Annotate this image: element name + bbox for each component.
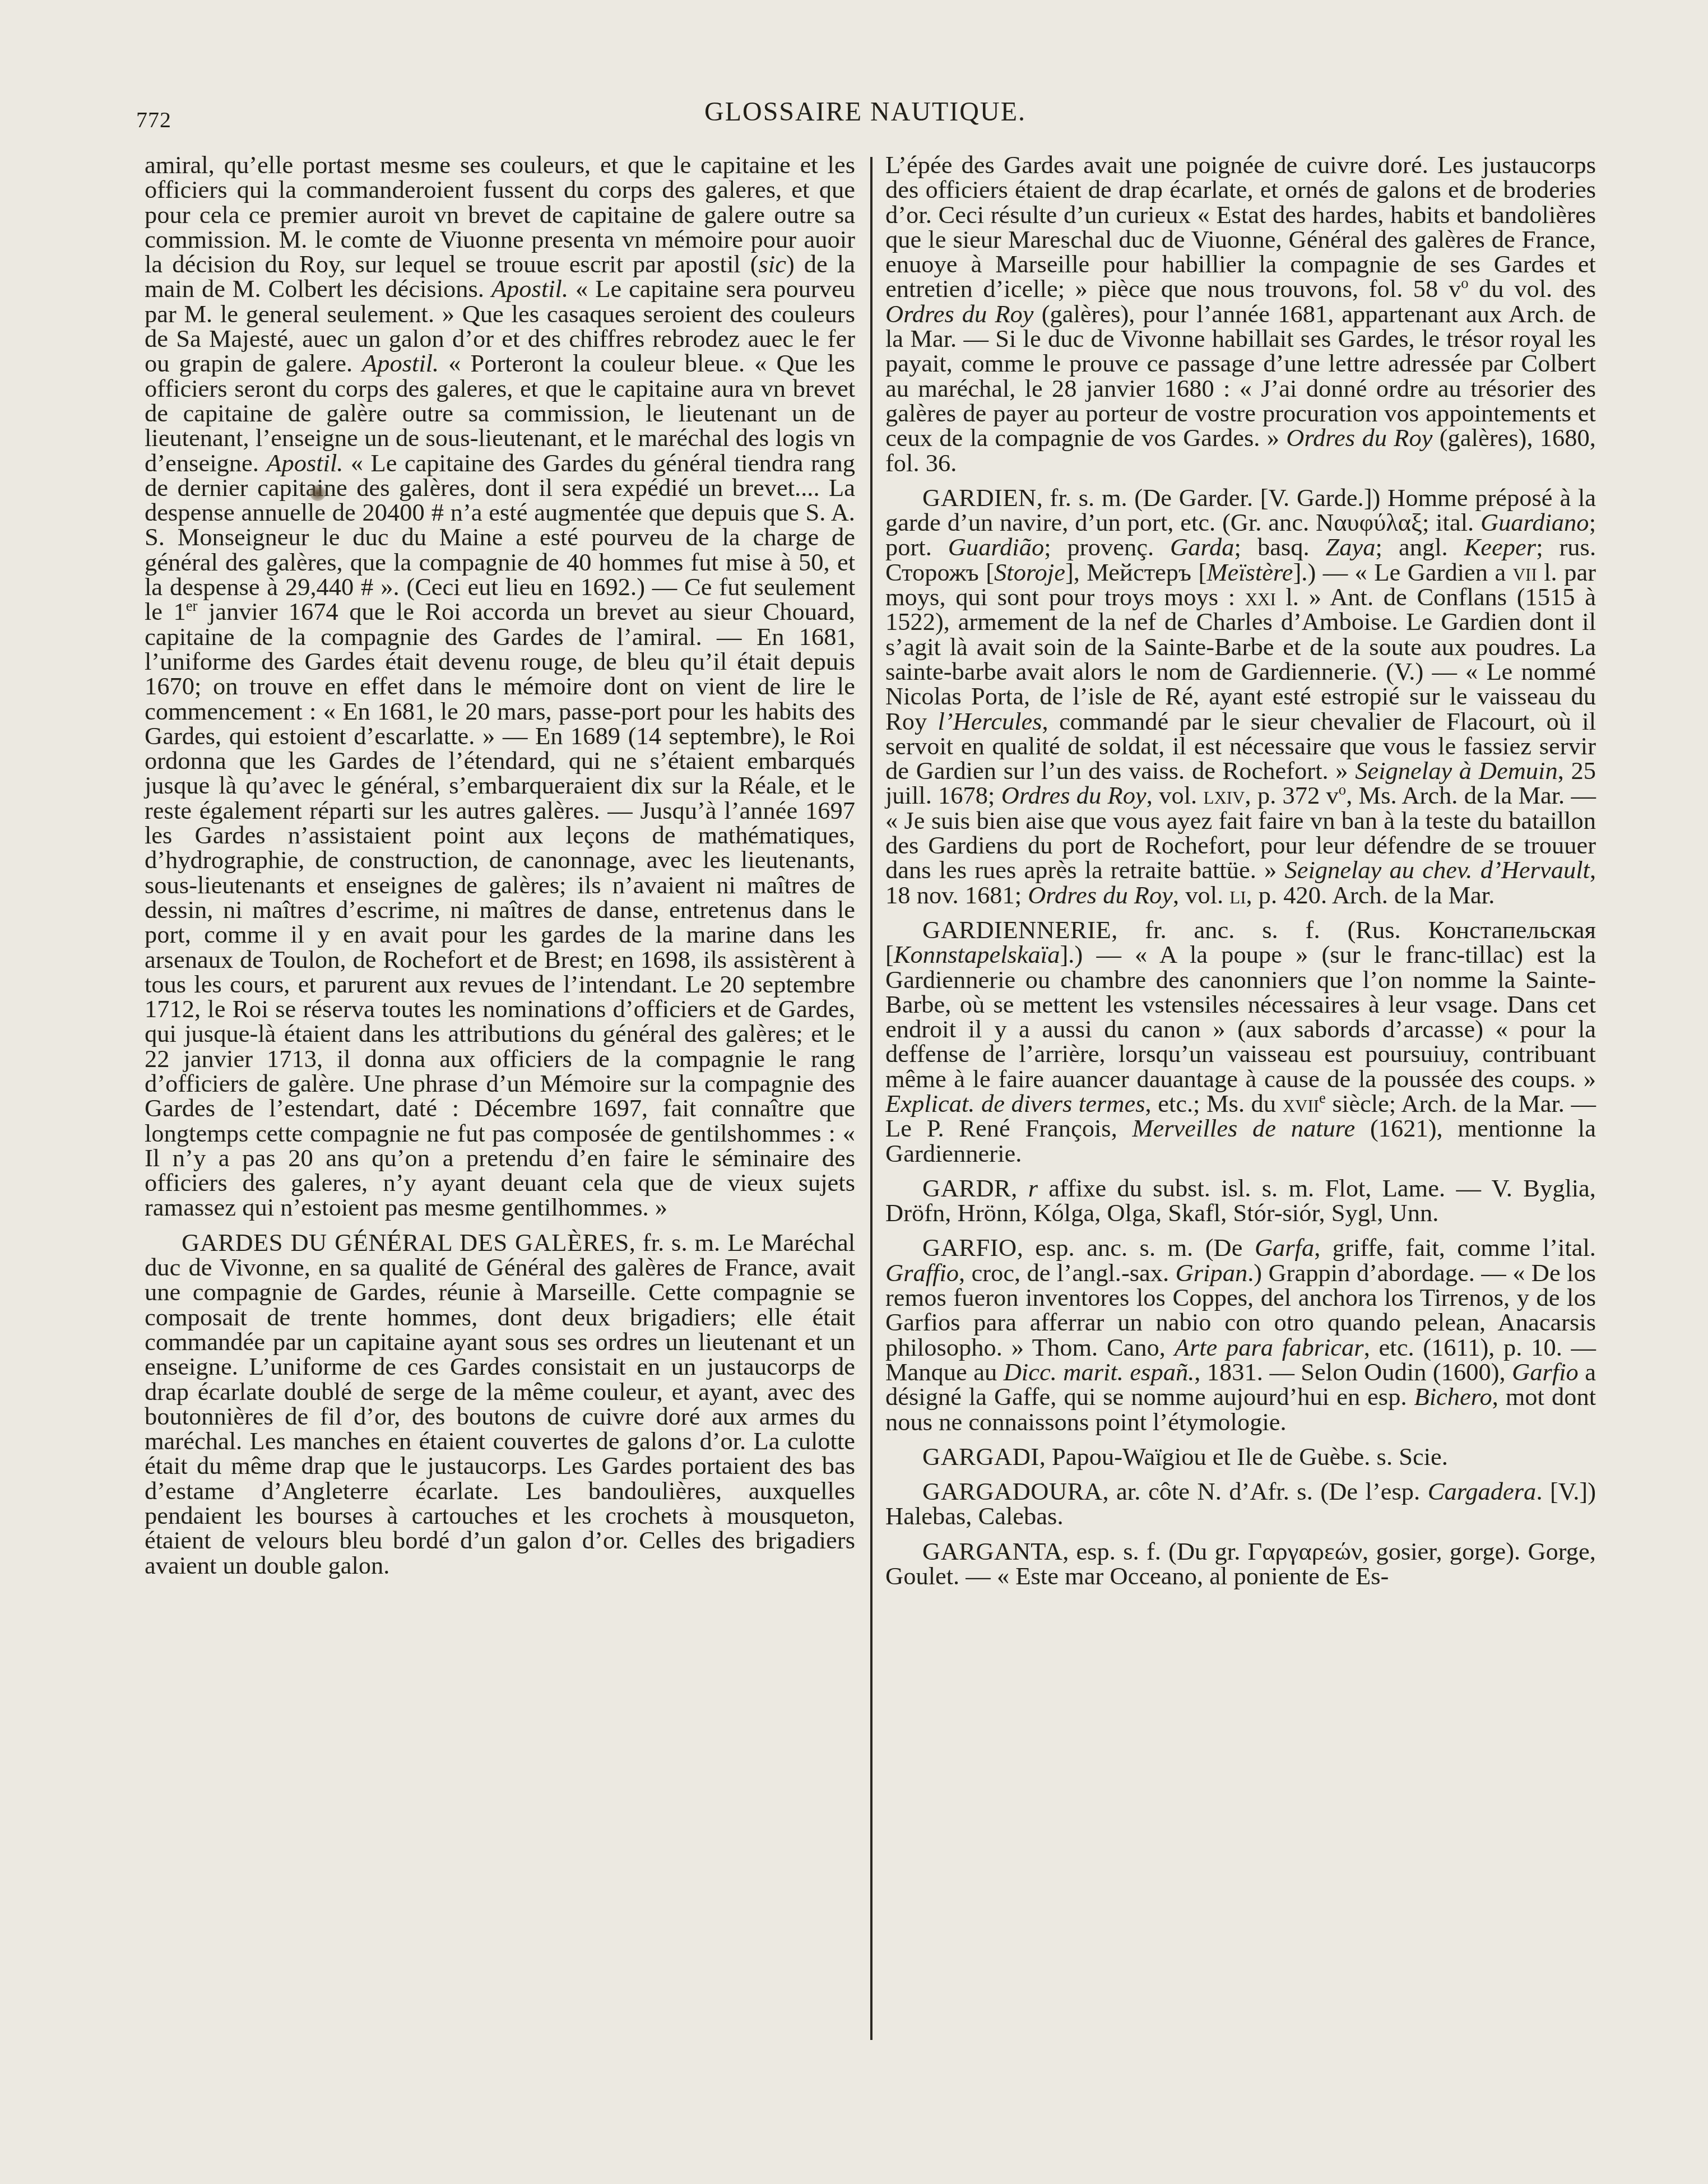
body-text: , p. 372 v [1245, 781, 1339, 809]
italic-citation: Explicat. de divers termes [885, 1089, 1145, 1117]
body-text: vii [1513, 558, 1537, 586]
body-text: , fr. s. m. Le Maréchal duc de Vivonne, … [145, 1228, 855, 1579]
italic-citation: Dicc. marit. españ. [1004, 1358, 1195, 1386]
italic-citation: Storoje [994, 558, 1065, 586]
italic-citation: Guardião [948, 533, 1044, 561]
entry-headword: GARFIO [922, 1234, 1017, 1262]
entry-headword: GARGADI [922, 1443, 1039, 1471]
body-text: , vol. [1147, 781, 1204, 809]
continued-text: amiral, qu’elle portast mesme ses couleu… [145, 152, 855, 1220]
body-text: xvii [1283, 1089, 1319, 1117]
italic-citation: r [1028, 1174, 1038, 1202]
body-text: ; provenç. [1044, 533, 1170, 561]
continued-text: L’épée des Gardes avait une poignée de c… [885, 152, 1596, 475]
body-text: , croc, de l’angl.-sax. [959, 1259, 1176, 1287]
glossary-entry: GARDIENNERIE, fr. anc. s. f. (Rus. Конст… [885, 917, 1596, 1166]
italic-citation: Ordres du Roy [1001, 781, 1147, 809]
superscript: o [1339, 782, 1346, 799]
italic-citation: Cargadera [1428, 1477, 1537, 1505]
glossary-entry: GARDIEN, fr. s. m. (De Garder. [V. Garde… [885, 485, 1596, 907]
italic-citation: Garfa [1255, 1234, 1314, 1262]
body-text: , [1011, 1174, 1028, 1202]
entry-headword: GARDES DU GÉNÉRAL DES GALÈRES [182, 1228, 629, 1256]
italic-citation: Apostil. [362, 349, 439, 377]
superscript: er [186, 598, 198, 615]
italic-citation: Apostil. [491, 275, 568, 303]
column-divider [870, 157, 872, 2040]
italic-citation: Meïstère [1206, 558, 1293, 586]
book-page: 772 GLOSSAIRE NAUTIQUE. amiral, qu’elle … [0, 0, 1708, 2184]
italic-citation: sic [759, 250, 786, 278]
body-text: janvier 1674 que le Roi accorda un breve… [145, 597, 855, 1221]
italic-citation: Graffio [885, 1259, 959, 1287]
italic-citation: Garfio [1512, 1358, 1579, 1386]
body-text: , esp. anc. s. m. (De [1017, 1234, 1255, 1262]
superscript: e [1319, 1089, 1326, 1106]
italic-citation: Ordres du Roy [1286, 424, 1432, 452]
italic-citation: Apostil. [266, 449, 343, 477]
body-text: ; angl. [1376, 533, 1464, 561]
entry-headword: GARDIEN [922, 484, 1037, 512]
glossary-entry: GARDR, r affixe du subst. isl. s. m. Flo… [885, 1176, 1596, 1226]
italic-citation: Merveilles de nature [1132, 1114, 1355, 1142]
italic-citation: Gripan [1176, 1259, 1248, 1287]
italic-citation: Ordres du Roy [1028, 881, 1173, 909]
body-text: du vol. des [1469, 275, 1596, 303]
left-column: amiral, qu’elle portast mesme ses couleu… [145, 152, 855, 1578]
glossary-entry: GARGADOURA, ar. côte N. d’Afr. s. (De l’… [885, 1479, 1596, 1529]
body-text: , 1831. — Selon Oudin (1600), [1194, 1358, 1512, 1386]
body-text: , vol. [1173, 881, 1229, 909]
body-text: amiral, qu’elle portast mesme ses couleu… [145, 151, 855, 278]
italic-citation: Seignelay à Demuin [1355, 757, 1557, 785]
body-text: xxi [1245, 583, 1276, 611]
body-text: , Papou-Waïgiou et Ile de Guèbe. s. Scie… [1039, 1443, 1448, 1471]
body-text: , etc.; Ms. du [1145, 1089, 1282, 1117]
body-text: ], Мейстеръ [ [1065, 558, 1206, 586]
italic-citation: Keeper [1464, 533, 1537, 561]
body-text: lxiv [1203, 781, 1245, 809]
body-text: , ar. côte N. d’Afr. s. (De l’esp. [1102, 1477, 1427, 1505]
glossary-entry: GARGADI, Papou-Waïgiou et Ile de Guèbe. … [885, 1444, 1596, 1469]
right-column: L’épée des Gardes avait une poignée de c… [885, 152, 1596, 1588]
paper-stain [310, 485, 326, 501]
body-text: , p. 420. Arch. de la Mar. [1246, 881, 1495, 909]
glossary-entry: GARFIO, esp. anc. s. m. (De Garfa, griff… [885, 1235, 1596, 1434]
entry-headword: GARDIENNERIE [922, 916, 1111, 944]
italic-citation: Zaya [1326, 533, 1376, 561]
superscript: o [1461, 275, 1468, 292]
italic-citation: Garda [1170, 533, 1234, 561]
glossary-entry: GARDES DU GÉNÉRAL DES GALÈRES, fr. s. m.… [145, 1230, 855, 1578]
italic-citation: Guardiano [1480, 508, 1589, 536]
italic-citation: l’Hercules [937, 707, 1042, 735]
italic-citation: Ordres du Roy [885, 300, 1034, 328]
entry-headword: GARGADOURA [922, 1477, 1102, 1505]
entry-headword: GARDR [922, 1174, 1011, 1202]
italic-citation: Seignelay au chev. d’Hervault [1284, 856, 1590, 884]
running-title: GLOSSAIRE NAUTIQUE. [0, 96, 1708, 127]
body-text: ; basq. [1234, 533, 1326, 561]
italic-citation: Arte para fabricar [1175, 1333, 1364, 1361]
glossary-entry: GARGANTA, esp. s. f. (Du gr. Γαργαρεών, … [885, 1539, 1596, 1589]
entry-headword: GARGANTA [922, 1537, 1062, 1565]
italic-citation: Bichero [1414, 1383, 1492, 1411]
body-text: , griffe, fait, comme l’ital. [1314, 1234, 1596, 1262]
body-text: li [1229, 881, 1246, 909]
body-text: ].) — « Le Gardien a [1293, 558, 1512, 586]
italic-citation: Konnstapelskaïa [894, 940, 1060, 968]
